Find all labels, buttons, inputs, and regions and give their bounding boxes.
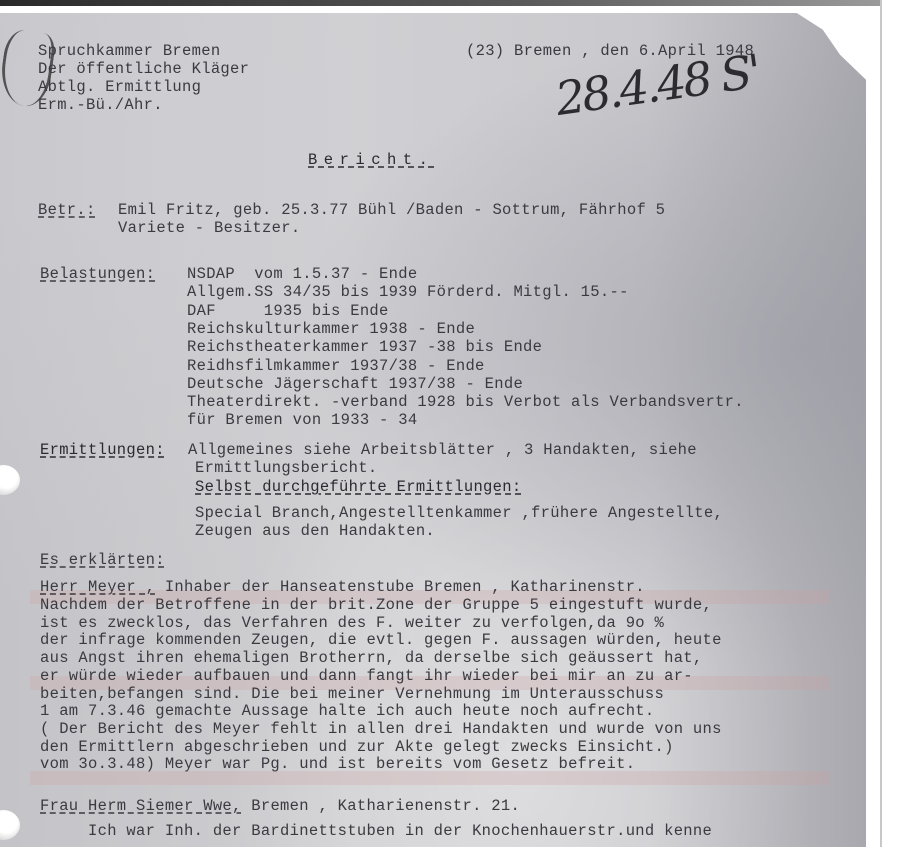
letterhead-line: Der öffentliche Kläger — [38, 60, 249, 78]
belastung-item: Reidhsfilmkammer 1937/38 - Ende — [187, 357, 485, 375]
ermittlungen-line: Ermittlungsbericht. — [195, 459, 377, 477]
scan-top-edge — [0, 0, 880, 6]
statement-line: beiten,befangen sind. Die bei meiner Ver… — [40, 685, 664, 703]
letterhead-line: Erm.-Bü./Ahr. — [38, 96, 163, 114]
betr-line: Emil Fritz, geb. 25.3.77 Bühl /Baden - S… — [118, 201, 665, 219]
punch-hole-icon — [0, 465, 20, 495]
ermittlungen-line: Allgemeines siehe Arbeitsblätter , 3 Han… — [188, 441, 697, 459]
belastungen-label: Belastungen: — [40, 265, 155, 283]
belastung-item: NSDAP vom 1.5.37 - Ende — [187, 265, 417, 283]
betr-label: Betr.: — [38, 201, 96, 219]
belastung-item: DAF 1935 bis Ende — [187, 302, 389, 320]
punch-hole-icon — [0, 810, 20, 840]
statement-line: er würde wieder aufbauen und dann fangt … — [40, 667, 693, 685]
witness-intro: Inhaber der Hanseatenstube Bremen , Kath… — [155, 578, 645, 596]
ermittlungen-line: Zeugen aus den Handakten. — [195, 522, 435, 540]
statement-line: ist es zwecklos, das Verfahren des F. we… — [40, 614, 664, 632]
belastung-item: Deutsche Jägerschaft 1937/38 - Ende — [187, 375, 523, 393]
statement-line: der infrage kommenden Zeugen, die evtl. … — [40, 631, 722, 649]
letterhead-line: Spruchkammer Bremen — [38, 42, 220, 60]
belastung-item: für Bremen von 1933 - 34 — [187, 411, 417, 429]
belastung-item: Theaterdirekt. -verband 1928 bis Verbot … — [187, 393, 744, 411]
betr-line: Variete - Besitzer. — [118, 219, 300, 237]
witness-intro: Bremen , Katharienenstr. 21. — [242, 797, 520, 815]
belastung-item: Allgem.SS 34/35 bis 1939 Förderd. Mitgl.… — [187, 283, 629, 301]
ermittlungen-line: Special Branch,Angestelltenkammer ,frühe… — [195, 504, 723, 522]
statement-line: vom 3o.3.48) Meyer war Pg. und ist berei… — [40, 755, 635, 773]
letterhead-line: Abtlg. Ermittlung — [38, 78, 201, 96]
statement-line: Ich war Inh. der Bardinettstuben in der … — [40, 822, 712, 840]
statement-line: den Ermittlern abgeschrieben und zur Akt… — [40, 738, 674, 756]
scan-right-edge — [880, 0, 882, 847]
belastung-item: Reichstheaterkammer 1937 -38 bis Ende — [187, 338, 542, 356]
ermittlungen-subheading: Selbst durchgeführte Ermittlungen: — [195, 478, 521, 496]
page-title: Bericht. — [308, 151, 434, 169]
statement-line: Nachdem der Betroffene in der brit.Zone … — [40, 596, 712, 614]
belastung-item: Reichskulturkammer 1938 - Ende — [187, 320, 475, 338]
witness-name: Herr Meyer , — [40, 578, 155, 596]
statement-line: 1 am 7.3.46 gemachte Aussage halte ich a… — [40, 702, 655, 720]
witness-heading: Frau Herm Siemer Wwe, Bremen , Katharien… — [40, 797, 520, 815]
es-erklaerten-label: Es erklärten: — [40, 551, 165, 569]
statement-line: aus Angst ihren ehemaligen Brotherrn, da… — [40, 649, 703, 667]
ermittlungen-label: Ermittlungen: — [40, 441, 165, 459]
witness-heading: Herr Meyer , Inhaber der Hanseatenstube … — [40, 578, 645, 596]
statement-line: ( Der Bericht des Meyer fehlt in allen d… — [40, 720, 722, 738]
witness-name: Frau Herm Siemer Wwe, — [40, 797, 242, 815]
